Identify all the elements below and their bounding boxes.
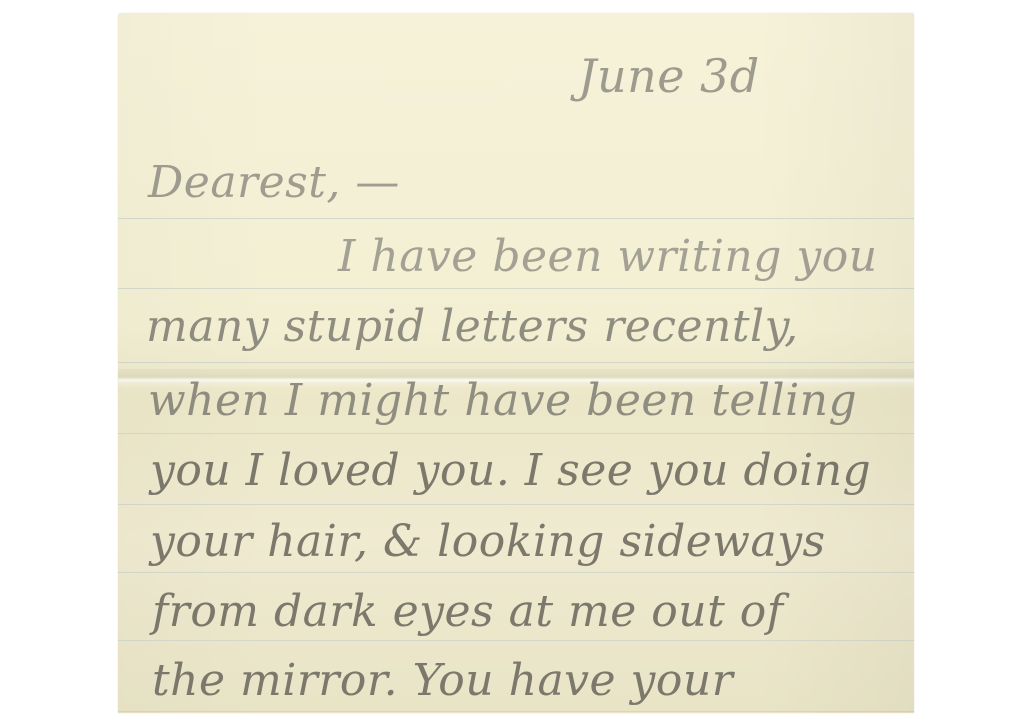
letter-salutation: Dearest, — — [148, 161, 400, 205]
letter-line: many stupid letters recently, — [146, 305, 799, 349]
letter-line: you I loved you. I see you doing — [150, 449, 871, 493]
letter-paper: June 3d Dearest, — I have been writing y… — [118, 13, 914, 713]
letter-date: June 3d — [578, 53, 760, 99]
letter-line: the mirror. You have your — [152, 659, 733, 703]
ruled-line — [118, 362, 914, 363]
ruled-line — [118, 433, 914, 434]
ruled-line — [118, 572, 914, 573]
photo-frame: June 3d Dearest, — I have been writing y… — [0, 0, 1024, 724]
ruled-line — [118, 218, 914, 219]
letter-line: your hair, & looking sideways — [150, 520, 826, 564]
letter-line: from dark eyes at me out of — [152, 590, 784, 634]
ruled-line — [118, 711, 914, 712]
ruled-line — [118, 504, 914, 505]
letter-line: when I might have been telling — [148, 379, 857, 423]
ruled-line — [118, 640, 914, 641]
ruled-line — [118, 288, 914, 289]
letter-line: I have been writing you — [338, 235, 878, 279]
